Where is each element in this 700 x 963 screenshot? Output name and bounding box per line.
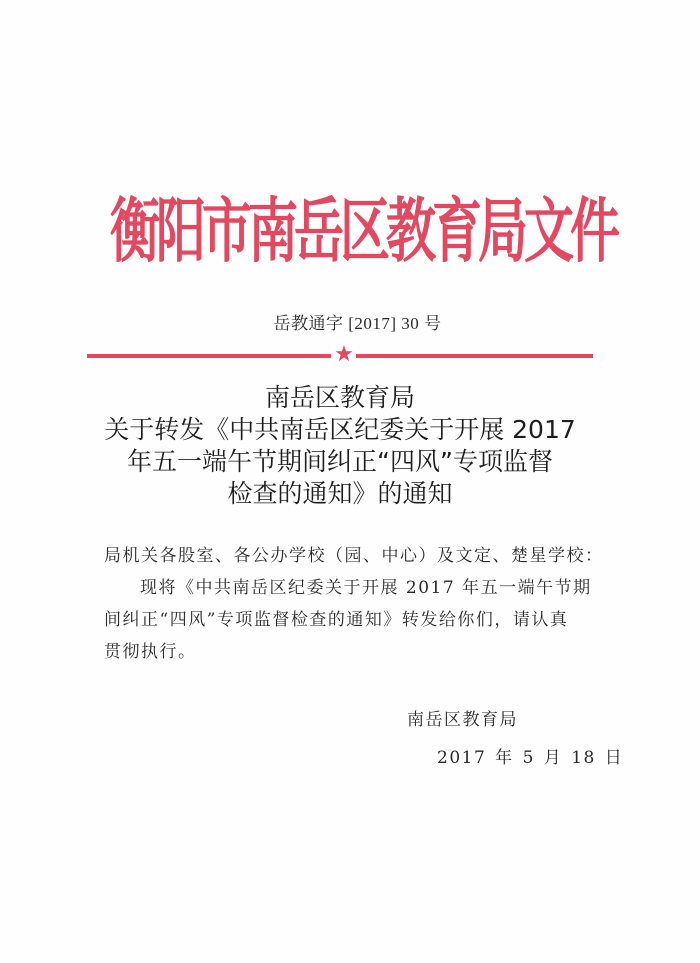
header-char: 育: [432, 196, 478, 266]
issue-date: 2017 年 5 月 18 日: [437, 743, 623, 768]
notice-title-line: 关于转发《中共南岳区纪委关于开展 2017: [90, 414, 590, 446]
star-icon: ★: [333, 344, 355, 366]
header-char: 区: [340, 196, 386, 266]
document-page: 衡 阳 市 南 岳 区 教 育 局 文 件 岳教通字 [2017] 30 号 ★…: [0, 0, 700, 963]
header-char: 局: [478, 196, 524, 266]
header-char: 阳: [156, 196, 202, 266]
notice-title: 南岳区教育局 关于转发《中共南岳区纪委关于开展 2017 年五一端午节期间纠正“…: [90, 382, 590, 510]
notice-title-line: 检查的通知》的通知: [90, 478, 590, 510]
header-char: 岳: [294, 196, 340, 266]
addressee: 局机关各股室、各公办学校（园、中心）及文定、楚星学校：: [104, 540, 604, 572]
paragraph-line: 间纠正“四风”专项监督检查的通知》转发给你们，请认真: [104, 604, 604, 636]
notice-title-line: 年五一端午节期间纠正“四风”专项监督: [90, 446, 590, 478]
paragraph-line: 贯彻执行。: [104, 636, 604, 668]
header-char: 市: [202, 196, 248, 266]
red-rule-left: [87, 354, 331, 358]
body-text: 局机关各股室、各公办学校（园、中心）及文定、楚星学校： 现将《中共南岳区纪委关于…: [104, 540, 604, 668]
notice-title-line: 南岳区教育局: [90, 382, 590, 414]
red-rule-right: [356, 354, 593, 358]
header-char: 件: [570, 196, 616, 266]
document-number: 岳教通字 [2017] 30 号: [0, 309, 700, 334]
header-char: 教: [386, 196, 432, 266]
paragraph-line: 现将《中共南岳区纪委关于开展 2017 年五一端午节期: [104, 572, 604, 604]
issuer-signature: 南岳区教育局: [407, 705, 518, 730]
header-char: 南: [248, 196, 294, 266]
header-char: 文: [524, 196, 570, 266]
red-header-title: 衡 阳 市 南 岳 区 教 育 局 文 件: [110, 193, 576, 269]
header-char: 衡: [110, 196, 156, 266]
